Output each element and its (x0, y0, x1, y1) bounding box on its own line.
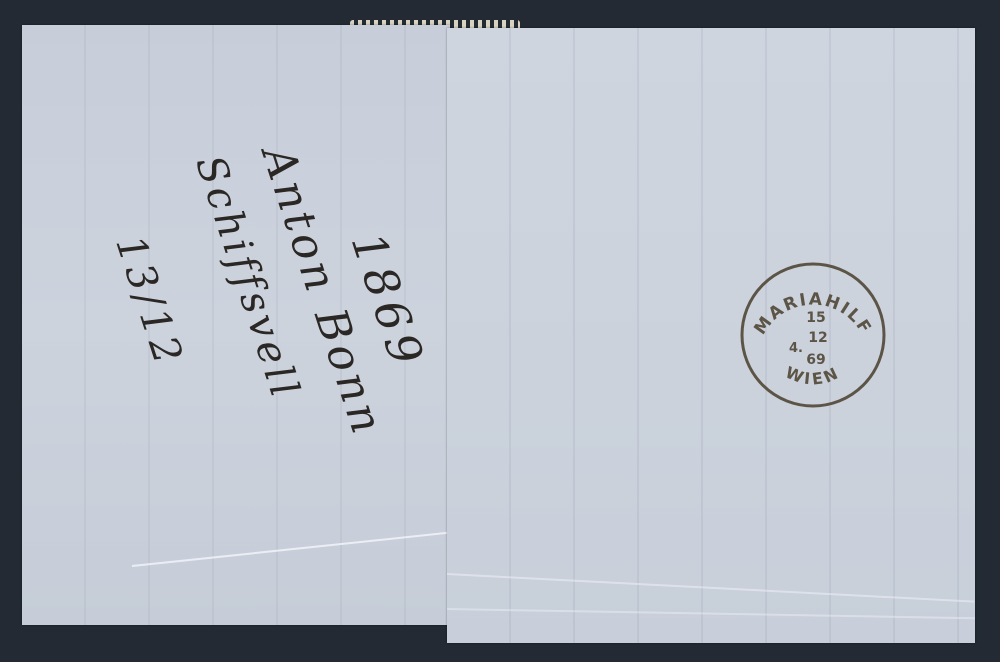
postmark-cancel: MARIAHILF WIEN 15 12 4. 69 (738, 260, 888, 410)
svg-text:69: 69 (806, 352, 825, 368)
postmark-circle-icon: MARIAHILF WIEN 15 12 4. 69 (738, 260, 888, 410)
right-letter-panel (447, 28, 975, 643)
paper-crease (132, 532, 450, 567)
svg-text:4.: 4. (789, 341, 803, 356)
paper-crease (447, 608, 975, 619)
svg-text:12: 12 (808, 330, 827, 346)
svg-text:15: 15 (806, 310, 825, 326)
paper-crease (447, 573, 974, 603)
